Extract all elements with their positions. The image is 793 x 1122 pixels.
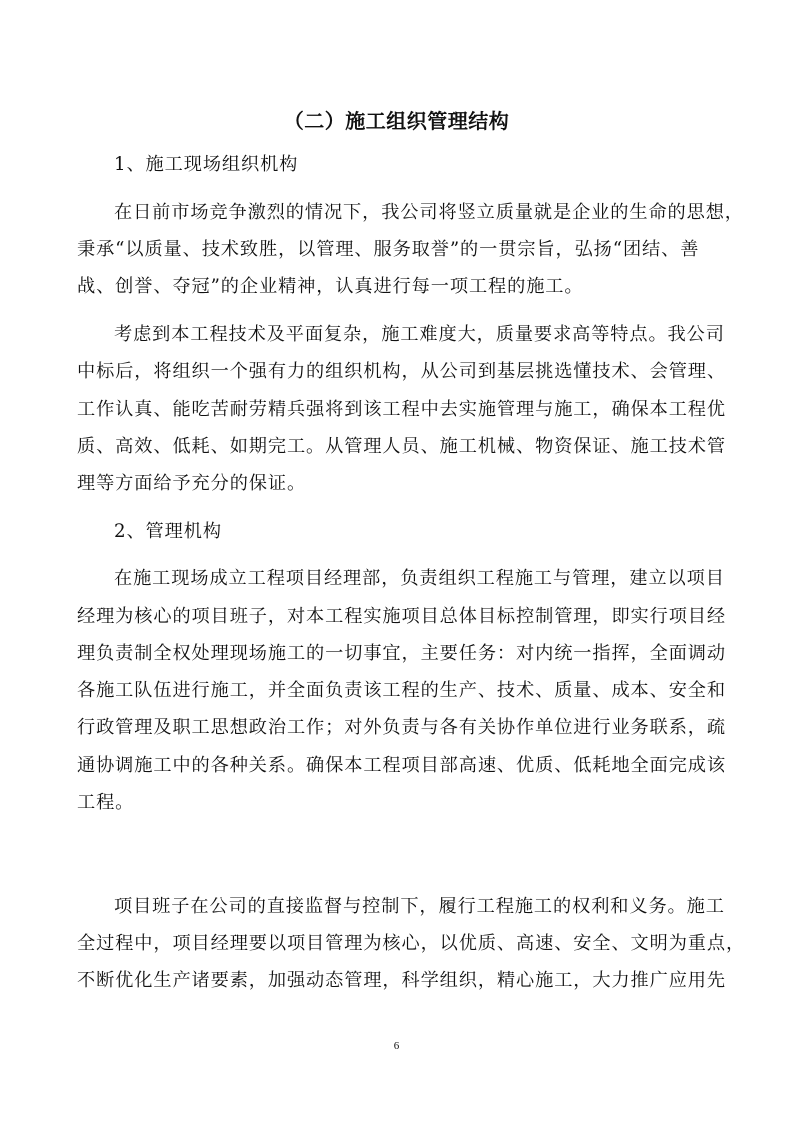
paragraph-line: 不断优化生产诸要素，加强动态管理，科学组织，精心施工，大力推广应用先 xyxy=(77,968,717,994)
document-page: （二）施工组织管理结构 1、施工现场组织机构 在日前市场竞争激烈的情况下，我公司… xyxy=(0,0,793,1122)
paragraph-line: 行政管理及职工思想政治工作；对外负责与各有关协作单位进行业务联系，疏 xyxy=(77,715,717,741)
paragraph-line: 秉承“以质量、技术致胜，以管理、服务取誉”的一贯宗旨，弘扬“团结、善 xyxy=(77,237,717,263)
paragraph-line: 在施工现场成立工程项目经理部，负责组织工程施工与管理，建立以项目 xyxy=(114,566,714,592)
page-number: 6 xyxy=(0,1040,793,1052)
paragraph-line: 战、创誉、夺冠”的企业精神，认真进行每一项工程的施工。 xyxy=(77,274,717,300)
paragraph-line: 项目班子在公司的直接监督与控制下，履行工程施工的权利和义务。施工 xyxy=(114,894,714,920)
section-heading-1: 1、施工现场组织机构 xyxy=(114,152,714,178)
section-heading-2: 2、管理机构 xyxy=(114,519,714,545)
paragraph-line: 各施工队伍进行施工，并全面负责该工程的生产、技术、质量、成本、安全和 xyxy=(77,678,717,704)
paragraph-line: 通协调施工中的各种关系。确保本工程项目部高速、优质、低耗地全面完成该 xyxy=(77,753,717,779)
paragraph-line: 在日前市场竞争激烈的情况下，我公司将竖立质量就是企业的生命的思想， xyxy=(114,200,714,226)
paragraph-line: 理负责制全权处理现场施工的一切事宜，主要任务：对内统一指挥，全面调动 xyxy=(77,641,717,667)
paragraph-line: 质、高效、低耗、如期完工。从管理人员、施工机械、物资保证、施工技术管 xyxy=(77,434,717,460)
page-title: （二）施工组织管理结构 xyxy=(0,106,793,136)
paragraph-line: 理等方面给予充分的保证。 xyxy=(77,471,717,497)
paragraph-line: 考虑到本工程技术及平面复杂，施工难度大，质量要求高等特点。我公司 xyxy=(114,322,714,348)
paragraph-line: 全过程中，项目经理要以项目管理为核心，以优质、高速、安全、文明为重点， xyxy=(77,931,717,957)
paragraph-line: 工作认真、能吃苦耐劳精兵强将到该工程中去实施管理与施工，确保本工程优 xyxy=(77,397,717,423)
paragraph-line: 工程。 xyxy=(77,790,717,816)
paragraph-line: 经理为核心的项目班子，对本工程实施项目总体目标控制管理，即实行项目经 xyxy=(77,604,717,630)
paragraph-line: 中标后，将组织一个强有力的组织机构，从公司到基层挑选懂技术、会管理、 xyxy=(77,359,717,385)
